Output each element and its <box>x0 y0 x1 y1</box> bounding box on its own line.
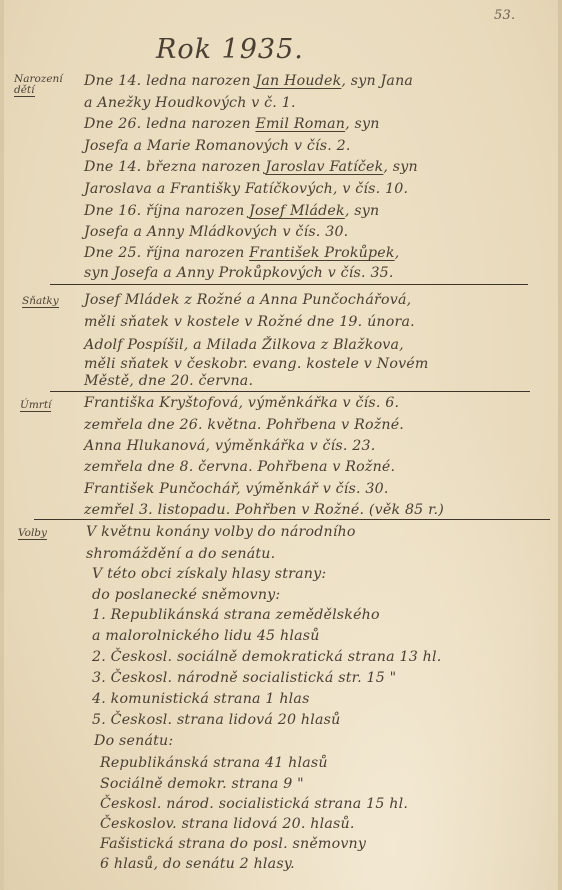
births-line-8: Josefa a Anny Mládkových v čís. 30. <box>84 224 348 240</box>
marriages-line-5: Městě, dne 20. června. <box>84 373 253 389</box>
section-label-elections: Volby <box>18 528 47 540</box>
elections-line-16: Fašistická strana do posl. sněmovny <box>100 836 366 852</box>
elections-line-3: V této obci získaly hlasy strany: <box>92 566 326 582</box>
section-label-births: Narození dětí <box>14 74 63 97</box>
marriages-label: Sňatky <box>22 296 59 308</box>
text: Dne 14. března narozen <box>84 159 265 175</box>
marriages-line-1: Josef Mládek z Rožné a Anna Punčochářová… <box>84 292 411 308</box>
deaths-line-6: zemřel 3. listopadu. Pohřben v Rožné. (v… <box>84 502 444 518</box>
text: a Anežky Houdkových v č. 1. <box>84 95 296 111</box>
text: , syn Jana <box>341 73 413 89</box>
text: Josefa a Anny Mládkových v čís. 30. <box>84 224 348 240</box>
text: Dne 26. ledna narozen <box>84 116 255 132</box>
deaths-line-5: František Punčochář, výměnkář v čís. 30. <box>84 481 389 497</box>
elections-line-13: Sociálně demokr. strana 9 " <box>100 776 304 792</box>
elections-line-14: Českosl. národ. socialistická strana 15 … <box>100 796 408 812</box>
births-line-2: a Anežky Houdkových v č. 1. <box>84 95 296 111</box>
text: , syn <box>383 159 417 175</box>
births-line-3: Dne 26. ledna narozen Emil Roman, syn <box>84 116 380 132</box>
text: Jaroslava a Františky Fatíčkových, v čís… <box>84 181 408 197</box>
text: Josefa a Marie Romanových v čís. 2. <box>84 138 351 154</box>
deaths-label: Úmrtí <box>20 400 51 412</box>
text: Dne 16. října narozen <box>84 203 249 219</box>
child-name: Jaroslav Fatíček <box>265 159 383 175</box>
elections-line-1: V květnu konány volby do národního <box>86 524 356 540</box>
section-divider <box>50 391 530 392</box>
births-line-1: Dne 14. ledna narozen Jan Houdek, syn Ja… <box>84 73 413 89</box>
elections-line-15: Českoslov. strana lidová 20. hlasů. <box>100 816 355 832</box>
text: , <box>395 245 400 261</box>
births-line-10: syn Josefa a Anny Prokůpkových v čís. 35… <box>84 265 394 281</box>
elections-label: Volby <box>18 528 47 540</box>
births-line-4: Josefa a Marie Romanových v čís. 2. <box>84 138 351 154</box>
elections-line-11: Do senátu: <box>94 733 173 749</box>
deaths-line-1: Františka Kryštofová, výměnkářka v čís. … <box>84 395 399 411</box>
text: , syn <box>345 116 379 132</box>
deaths-line-3: Anna Hlukanová, výměnkářka v čís. 23. <box>84 438 375 454</box>
child-name: František Prokůpek <box>249 245 395 261</box>
elections-line-7: 2. Českosl. sociálně demokratická strana… <box>92 649 441 665</box>
elections-line-9: 4. komunistická strana 1 hlas <box>92 691 310 707</box>
child-name: Emil Roman <box>255 116 345 132</box>
deaths-line-2: zemřela dne 26. května. Pohřbena v Rožné… <box>84 417 404 433</box>
text: Dne 25. října narozen <box>84 245 249 261</box>
elections-line-17: 6 hlasů, do senátu 2 hlasy. <box>100 856 295 872</box>
section-label-marriages: Sňatky <box>22 296 59 308</box>
section-divider <box>34 519 550 520</box>
text: , syn <box>345 203 379 219</box>
elections-line-12: Republikánská strana 41 hlasů <box>100 755 328 771</box>
section-label-deaths: Úmrtí <box>20 400 51 412</box>
deaths-line-4: zemřela dne 8. června. Pohřbena v Rožné. <box>84 459 395 475</box>
births-line-7: Dne 16. října narozen Josef Mládek, syn <box>84 203 379 219</box>
marriages-line-4: měli sňatek v českobr. evang. kostele v … <box>84 356 429 372</box>
elections-line-10: 5. Českosl. strana lidová 20 hlasů <box>92 712 340 728</box>
ledger-page: 53. Rok 1935. Narození dětí Dne 14. ledn… <box>0 0 562 890</box>
elections-line-8: 3. Českosl. národně socialistická str. 1… <box>92 670 396 686</box>
child-name: Josef Mládek <box>249 203 345 219</box>
elections-line-6: a malorolnického lidu 45 hlasů <box>92 628 320 644</box>
child-name: Jan Houdek <box>255 73 341 89</box>
births-line-6: Jaroslava a Františky Fatíčkových, v čís… <box>84 181 408 197</box>
page-title: Rok 1935. <box>156 34 304 65</box>
page-number: 53. <box>494 8 515 23</box>
elections-line-4: do poslanecké sněmovny: <box>92 587 280 603</box>
births-line-9: Dne 25. října narozen František Prokůpek… <box>84 245 399 261</box>
text: Dne 14. ledna narozen <box>84 73 255 89</box>
text: syn Josefa a Anny Prokůpkových v čís. 35… <box>84 265 394 281</box>
marriages-line-3: Adolf Pospíšil, a Milada Žilkova z Blažk… <box>84 337 404 353</box>
births-label-line-2: dětí <box>14 85 35 97</box>
marriages-line-2: měli sňatek v kostele v Rožné dne 19. ún… <box>84 314 415 330</box>
section-divider <box>50 284 528 285</box>
elections-line-2: shromáždění a do senátu. <box>86 546 275 562</box>
elections-line-5: 1. Republikánská strana zemědělského <box>92 607 380 623</box>
births-line-5: Dne 14. března narozen Jaroslav Fatíček,… <box>84 159 418 175</box>
